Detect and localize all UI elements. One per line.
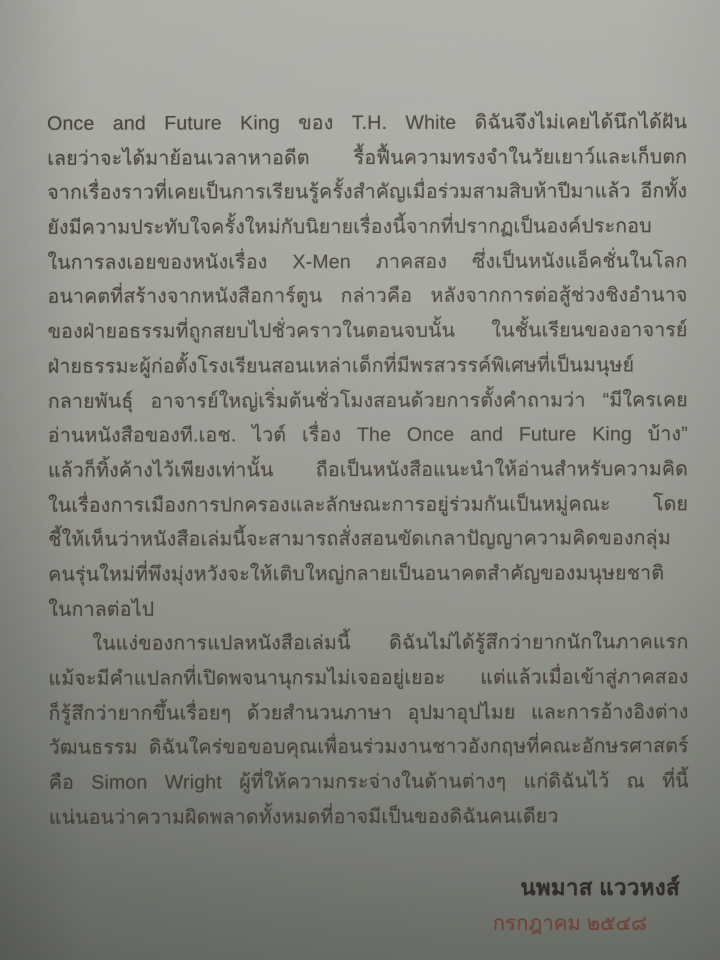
- body-line: ในแง่ของการแปลหนังสือเล่มนี้ ดิฉันไม่ได้…: [48, 625, 688, 661]
- signature-name: นพมาส แววหงส์: [493, 870, 680, 906]
- signature-block: นพมาส แววหงส์ กรกฎาคม ๒๕๔๘: [493, 870, 680, 942]
- body-line: ก็รู้สึกว่ายากขึ้นเรื่อยๆ ด้วยสำนวนภาษา …: [49, 695, 689, 731]
- body-line: ในเรื่องการเมืองการปกครองและลักษณะการอยู…: [48, 487, 688, 523]
- body-line: ในกาลต่อไป: [48, 591, 688, 627]
- body-line: อนาคตที่สร้างจากหนังสือการ์ตูน กล่าวคือ …: [48, 279, 688, 315]
- body-line: ชี้ให้เห็นว่าหนังสือเล่มนี้จะสามารถสั่งส…: [48, 521, 688, 557]
- text-block: Once and Future King ของ T.H. White ดิฉั…: [47, 105, 689, 835]
- body-line: คนรุ่นใหม่ที่พึงมุ่งหวังจะให้เติบใหญ่กลา…: [48, 556, 688, 592]
- book-page-photo: Once and Future King ของ T.H. White ดิฉั…: [0, 0, 720, 960]
- body-line: แม้จะมีคำแปลกที่เปิดพจนานุกรมไม่เจออยู่เ…: [49, 660, 689, 696]
- body-line: Once and Future King ของ T.H. White ดิฉั…: [47, 105, 687, 141]
- body-line: กลายพันธุ์ อาจารย์ใหญ่เริ่มต้นชั่วโมงสอน…: [48, 383, 688, 419]
- body-line: แล้วก็ทิ้งค้างไว้เพียงเท่านั้น ถือเป็นหน…: [48, 452, 688, 488]
- body-line: คือ Simon Wright ผู้ที่ให้ความกระจ่างในด…: [49, 764, 689, 800]
- body-line: ในการลงเอยของหนังเรื่อง X-Men ภาคสอง ซึ่…: [47, 244, 687, 280]
- body-line: ยังมีความประทับใจครั้งใหม่กับนิยายเรื่อง…: [47, 209, 687, 245]
- signature-date: กรกฎาคม ๒๕๔๘: [493, 906, 680, 942]
- body-line: ฝ่ายธรรมะผู้ก่อตั้งโรงเรียนสอนเหล่าเด็กท…: [48, 348, 688, 384]
- body-line: เลยว่าจะได้มาย้อนเวลาหาอดีต รื้อฟื้นความ…: [47, 140, 687, 176]
- body-line: ของฝ่ายอธรรมที่ถูกสยบไปชั่วคราวในตอนจบนั…: [48, 313, 688, 349]
- body-line: อ่านหนังสือของที.เอช. ไวต์ เรื่อง The On…: [48, 417, 688, 453]
- paragraph: Once and Future King ของ T.H. White ดิฉั…: [47, 105, 688, 627]
- body-line: จากเรื่องราวที่เคยเป็นการเรียนรู้ครั้งสำ…: [47, 175, 687, 211]
- body-line: วัฒนธรรม ดิฉันใคร่ขอขอบคุณเพื่อนร่วมงานช…: [49, 730, 689, 766]
- body-line: แน่นอนว่าความผิดพลาดทั้งหมดที่อาจมีเป็นข…: [49, 799, 689, 835]
- paragraph: ในแง่ของการแปลหนังสือเล่มนี้ ดิฉันไม่ได้…: [48, 625, 689, 835]
